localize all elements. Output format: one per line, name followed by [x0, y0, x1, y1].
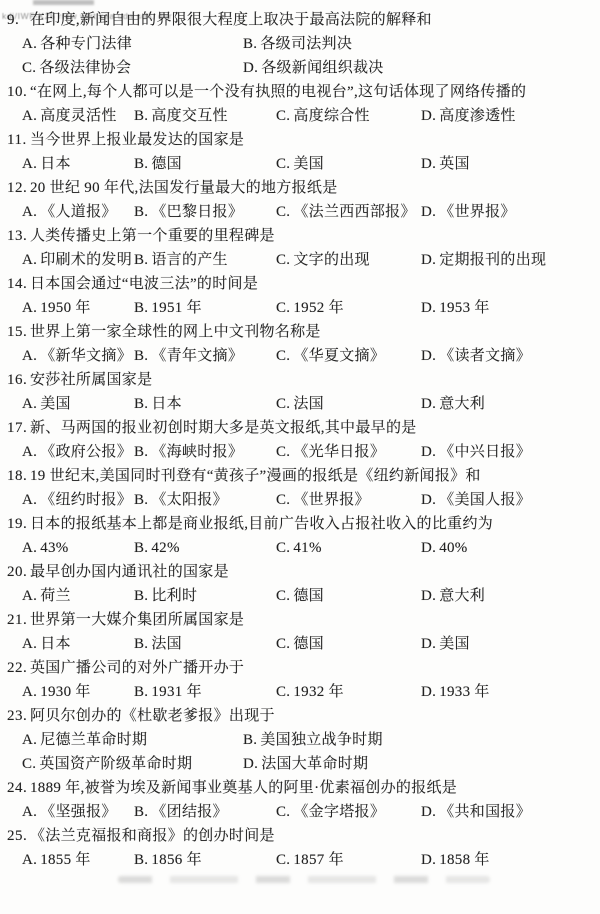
option-text: 《共和国报》 [439, 804, 531, 820]
question-text: 1889 年,被誉为埃及新闻事业奠基人的阿里·优素福创办的报纸是 [30, 780, 457, 796]
question-number: 18. [7, 464, 30, 488]
option-label: A. [22, 732, 37, 748]
answer-option: D.1953 年 [421, 296, 490, 320]
option-row: A.各种专门法律 B.各级司法判决 [0, 32, 600, 56]
option-label: A. [22, 396, 37, 412]
question-block: 10.“在网上,每个人都可以是一个没有执照的电视台”,这句话体现了网络传播的 A… [0, 80, 600, 128]
option-text: 各级新闻组织裁决 [261, 60, 383, 76]
option-text: 语言的产生 [151, 252, 228, 268]
option-label: B. [134, 684, 148, 700]
question-number: 12. [7, 176, 30, 200]
option-text: 《海峡时报》 [151, 444, 243, 460]
option-label: D. [421, 492, 436, 508]
exam-page-scan: kdj/IWF-K25 rrew wtrt.kea uda sd4. der 9… [0, 0, 600, 914]
option-text: 法国 [293, 396, 324, 412]
question-text: 日本国会通过“电波三法”的时间是 [30, 276, 258, 292]
option-row: A.《纽约时报》 B.《太阳报》 C.《世界报》 D.《美国人报》 [0, 488, 600, 512]
option-label: D. [243, 60, 258, 76]
question-number: 21. [7, 608, 30, 632]
question-text: 《法兰克福报和商报》的创办时间是 [30, 828, 275, 844]
question-number: 11. [7, 128, 30, 152]
question-block: 19.日本的报纸基本上都是商业报纸,目前广告收入占报社收入的比重约为 A.43%… [0, 512, 600, 560]
answer-option: A.1855 年 [22, 848, 91, 872]
option-label: A. [22, 36, 37, 52]
option-label: A. [22, 108, 37, 124]
question-line: 11.当今世界上报业最发达的国家是 [0, 128, 600, 152]
option-label: D. [421, 588, 436, 604]
answer-option: B.《巴黎日报》 [134, 200, 243, 224]
option-label: A. [22, 684, 37, 700]
answer-option: B.德国 [134, 152, 182, 176]
option-label: A. [22, 300, 37, 316]
answer-option: A.高度灵活性 [22, 104, 117, 128]
answer-option: A.尼德兰革命时期 [22, 728, 147, 752]
option-label: C. [276, 300, 290, 316]
answer-option: A.《坚强报》 [22, 800, 117, 824]
question-line: 24.1889 年,被誉为埃及新闻事业奠基人的阿里·优素福创办的报纸是 [0, 776, 600, 800]
question-text: 世界第一大媒介集团所属国家是 [30, 612, 244, 628]
answer-option: C.1857 年 [276, 848, 344, 872]
question-text: 世界上第一家全球性的网上中文刊物名称是 [30, 324, 321, 340]
answer-option: D.定期报刊的出现 [421, 248, 546, 272]
question-list: 9.在印度,新闻自由的界限很大程度上取决于最高法院的解释和 A.各种专门法律 B… [0, 8, 600, 872]
answer-option: C.《法兰西西部报》 [276, 200, 416, 224]
option-text: 《光华日报》 [293, 444, 385, 460]
answer-option: C.英国资产阶级革命时期 [22, 752, 192, 776]
option-text: 1856 年 [151, 852, 202, 868]
question-line: 16.安莎社所属国家是 [0, 368, 600, 392]
option-row: A.1950 年 B.1951 年 C.1952 年 D.1953 年 [0, 296, 600, 320]
question-text: 英国广播公司的对外广播开办于 [30, 660, 244, 676]
option-text: 《坚强报》 [40, 804, 117, 820]
question-line: 20.最早创办国内通讯社的国家是 [0, 560, 600, 584]
option-text: 《政府公报》 [40, 444, 132, 460]
option-text: 《太阳报》 [151, 492, 228, 508]
option-text: 43% [40, 540, 68, 556]
option-label: A. [22, 540, 37, 556]
option-label: C. [276, 636, 290, 652]
option-label: C. [22, 756, 36, 772]
option-row: A.印刷术的发明 B.语言的产生 C.文字的出现 D.定期报刊的出现 [0, 248, 600, 272]
option-text: 《新华文摘》 [40, 348, 132, 364]
option-text: 40% [439, 540, 467, 556]
answer-option: A.各种专门法律 [22, 32, 132, 56]
answer-option: C.1932 年 [276, 680, 344, 704]
option-text: 意大利 [439, 396, 485, 412]
option-text: 《美国人报》 [439, 492, 531, 508]
option-label: B. [243, 36, 257, 52]
option-text: 各级司法判决 [260, 36, 352, 52]
option-label: C. [276, 852, 290, 868]
answer-option: A.《纽约时报》 [22, 488, 132, 512]
question-number: 16. [7, 368, 30, 392]
question-block: 25.《法兰克福报和商报》的创办时间是 A.1855 年 B.1856 年 C.… [0, 824, 600, 872]
option-text: 日本 [40, 636, 71, 652]
option-label: B. [134, 636, 148, 652]
question-block: 12.20 世纪 90 年代,法国发行量最大的地方报纸是 A.《人道报》 B.《… [0, 176, 600, 224]
answer-option: D.英国 [421, 152, 470, 176]
option-label: D. [421, 108, 436, 124]
option-row: A.《坚强报》 B.《团结报》 C.《金字塔报》 D.《共和国报》 [0, 800, 600, 824]
option-row: A.1930 年 B.1931 年 C.1932 年 D.1933 年 [0, 680, 600, 704]
answer-option: A.印刷术的发明 [22, 248, 132, 272]
question-block: 15.世界上第一家全球性的网上中文刊物名称是 A.《新华文摘》 B.《青年文摘》… [0, 320, 600, 368]
option-label: A. [22, 636, 37, 652]
question-block: 20.最早创办国内通讯社的国家是 A.荷兰 B.比利时 C.德国 D.意大利 [0, 560, 600, 608]
option-text: 《法兰西西部报》 [293, 204, 415, 220]
question-text: 阿贝尔创办的《杜歇老爹报》出现于 [30, 708, 275, 724]
option-text: 比利时 [151, 588, 197, 604]
answer-option: C.《金字塔报》 [276, 800, 385, 824]
option-text: 法国 [151, 636, 182, 652]
question-number: 14. [7, 272, 30, 296]
option-text: 1953 年 [439, 300, 490, 316]
option-label: C. [276, 804, 290, 820]
question-number: 15. [7, 320, 30, 344]
option-label: D. [421, 396, 436, 412]
answer-option: A.日本 [22, 152, 71, 176]
question-block: 24.1889 年,被誉为埃及新闻事业奠基人的阿里·优素福创办的报纸是 A.《坚… [0, 776, 600, 824]
answer-option: C.《光华日报》 [276, 440, 385, 464]
question-text: 19 世纪末,美国同时刊登有“黄孩子”漫画的报纸是《纽约新闻报》和 [30, 468, 481, 484]
option-label: B. [134, 588, 148, 604]
option-label: A. [22, 804, 37, 820]
question-block: 9.在印度,新闻自由的界限很大程度上取决于最高法院的解释和 A.各种专门法律 B… [0, 8, 600, 80]
question-line: 10.“在网上,每个人都可以是一个没有执照的电视台”,这句话体现了网络传播的 [0, 80, 600, 104]
option-text: 美国 [439, 636, 470, 652]
option-label: C. [22, 60, 36, 76]
option-text: 42% [151, 540, 179, 556]
question-text: 安莎社所属国家是 [30, 372, 152, 388]
option-label: A. [22, 348, 37, 364]
question-number: 17. [7, 416, 30, 440]
option-text: 1952 年 [293, 300, 344, 316]
answer-option: C.1952 年 [276, 296, 344, 320]
question-number: 22. [7, 656, 30, 680]
answer-option: D.高度渗透性 [421, 104, 516, 128]
answer-option: D.《中兴日报》 [421, 440, 531, 464]
option-text: 文字的出现 [293, 252, 370, 268]
option-label: B. [134, 492, 148, 508]
question-line: 13.人类传播史上第一个重要的里程碑是 [0, 224, 600, 248]
option-label: B. [134, 300, 148, 316]
option-text: 《青年文摘》 [151, 348, 243, 364]
option-label: D. [421, 852, 436, 868]
option-text: 《人道报》 [40, 204, 117, 220]
question-text: 人类传播史上第一个重要的里程碑是 [30, 228, 275, 244]
answer-option: D.《世界报》 [421, 200, 516, 224]
option-label: C. [276, 396, 290, 412]
answer-option: C.德国 [276, 584, 324, 608]
answer-option: D.各级新闻组织裁决 [243, 56, 384, 80]
answer-option: B.日本 [134, 392, 182, 416]
question-block: 14.日本国会通过“电波三法”的时间是 A.1950 年 B.1951 年 C.… [0, 272, 600, 320]
option-text: 定期报刊的出现 [439, 252, 546, 268]
question-number: 19. [7, 512, 30, 536]
answer-option: A.《政府公报》 [22, 440, 132, 464]
question-number: 24. [7, 776, 30, 800]
option-text: 1930 年 [40, 684, 91, 700]
question-block: 11.当今世界上报业最发达的国家是 A.日本 B.德国 C.美国 D.英国 [0, 128, 600, 176]
option-text: 日本 [151, 396, 182, 412]
option-label: C. [276, 684, 290, 700]
option-row: C.各级法律协会 D.各级新闻组织裁决 [0, 56, 600, 80]
option-label: D. [421, 804, 436, 820]
option-label: B. [134, 396, 148, 412]
option-text: 高度渗透性 [439, 108, 516, 124]
option-label: B. [243, 732, 257, 748]
option-label: A. [22, 444, 37, 460]
answer-option: D.《共和国报》 [421, 800, 531, 824]
answer-option: C.《华夏文摘》 [276, 344, 385, 368]
option-row: A.尼德兰革命时期 B.美国独立战争时期 [0, 728, 600, 752]
option-text: 荷兰 [40, 588, 71, 604]
option-text: 1858 年 [439, 852, 490, 868]
answer-option: D.《读者文摘》 [421, 344, 531, 368]
option-label: C. [276, 540, 290, 556]
option-text: 1951 年 [151, 300, 202, 316]
option-text: 各种专门法律 [40, 36, 132, 52]
question-block: 21.世界第一大媒介集团所属国家是 A.日本 B.法国 C.德国 D.美国 [0, 608, 600, 656]
question-text: 最早创办国内通讯社的国家是 [30, 564, 229, 580]
answer-option: B.1856 年 [134, 848, 202, 872]
answer-option: A.1930 年 [22, 680, 91, 704]
answer-option: A.荷兰 [22, 584, 71, 608]
option-text: 法国大革命时期 [261, 756, 368, 772]
question-block: 13.人类传播史上第一个重要的里程碑是 A.印刷术的发明 B.语言的产生 C.文… [0, 224, 600, 272]
answer-option: B.比利时 [134, 584, 197, 608]
option-label: B. [134, 444, 148, 460]
answer-option: B.语言的产生 [134, 248, 228, 272]
option-text: 1950 年 [40, 300, 91, 316]
question-line: 23.阿贝尔创办的《杜歇老爹报》出现于 [0, 704, 600, 728]
option-text: 高度交互性 [151, 108, 228, 124]
question-line: 15.世界上第一家全球性的网上中文刊物名称是 [0, 320, 600, 344]
answer-option: B.《团结报》 [134, 800, 228, 824]
answer-option: C.高度综合性 [276, 104, 370, 128]
option-text: 1933 年 [439, 684, 490, 700]
option-text: 41% [293, 540, 321, 556]
option-row: C.英国资产阶级革命时期 D.法国大革命时期 [0, 752, 600, 776]
question-block: 18.19 世纪末,美国同时刊登有“黄孩子”漫画的报纸是《纽约新闻报》和 A.《… [0, 464, 600, 512]
answer-option: C.41% [276, 536, 322, 560]
option-label: D. [421, 156, 436, 172]
answer-option: B.1951 年 [134, 296, 202, 320]
option-label: B. [134, 108, 148, 124]
answer-option: A.美国 [22, 392, 71, 416]
option-label: A. [22, 852, 37, 868]
question-block: 17.新、马两国的报业初创时期大多是英文报纸,其中最早的是 A.《政府公报》 B… [0, 416, 600, 464]
answer-option: B.1931 年 [134, 680, 202, 704]
question-number: 13. [7, 224, 30, 248]
option-label: B. [134, 804, 148, 820]
option-label: C. [276, 156, 290, 172]
answer-option: C.法国 [276, 392, 324, 416]
option-row: A.《政府公报》 B.《海峡时报》 C.《光华日报》 D.《中兴日报》 [0, 440, 600, 464]
question-line: 17.新、马两国的报业初创时期大多是英文报纸,其中最早的是 [0, 416, 600, 440]
question-text: 当今世界上报业最发达的国家是 [30, 132, 244, 148]
option-text: 美国独立战争时期 [260, 732, 382, 748]
option-text: 1932 年 [293, 684, 344, 700]
answer-option: A.《新华文摘》 [22, 344, 132, 368]
answer-option: B.高度交互性 [134, 104, 228, 128]
answer-option: B.《海峡时报》 [134, 440, 243, 464]
option-text: 《华夏文摘》 [293, 348, 385, 364]
option-label: D. [421, 300, 436, 316]
option-text: 1931 年 [151, 684, 202, 700]
question-line: 9.在印度,新闻自由的界限很大程度上取决于最高法院的解释和 [0, 8, 600, 32]
option-label: A. [22, 252, 37, 268]
question-text: 新、马两国的报业初创时期大多是英文报纸,其中最早的是 [30, 420, 417, 436]
question-line: 12.20 世纪 90 年代,法国发行量最大的地方报纸是 [0, 176, 600, 200]
option-label: C. [276, 492, 290, 508]
answer-option: D.意大利 [421, 392, 485, 416]
option-row: A.日本 B.法国 C.德国 D.美国 [0, 632, 600, 656]
option-label: A. [22, 588, 37, 604]
question-text: 在印度,新闻自由的界限很大程度上取决于最高法院的解释和 [30, 12, 432, 28]
option-row: A.美国 B.日本 C.法国 D.意大利 [0, 392, 600, 416]
option-text: 美国 [293, 156, 324, 172]
scan-artifact-bottom-smudge [118, 876, 490, 883]
option-label: D. [421, 348, 436, 364]
option-label: D. [421, 540, 436, 556]
answer-option: B.《青年文摘》 [134, 344, 243, 368]
question-line: 14.日本国会通过“电波三法”的时间是 [0, 272, 600, 296]
option-text: 尼德兰革命时期 [40, 732, 147, 748]
option-row: A.1855 年 B.1856 年 C.1857 年 D.1858 年 [0, 848, 600, 872]
option-text: 德国 [293, 636, 324, 652]
question-text: “在网上,每个人都可以是一个没有执照的电视台”,这句话体现了网络传播的 [30, 84, 526, 100]
answer-option: B.《太阳报》 [134, 488, 228, 512]
option-label: D. [421, 204, 436, 220]
question-block: 16.安莎社所属国家是 A.美国 B.日本 C.法国 D.意大利 [0, 368, 600, 416]
answer-option: A.1950 年 [22, 296, 91, 320]
question-line: 21.世界第一大媒介集团所属国家是 [0, 608, 600, 632]
option-text: 英国 [439, 156, 470, 172]
answer-option: B.美国独立战争时期 [243, 728, 383, 752]
answer-option: D.美国 [421, 632, 470, 656]
option-text: 1857 年 [293, 852, 344, 868]
option-text: 德国 [293, 588, 324, 604]
question-number: 23. [7, 704, 30, 728]
question-number: 20. [7, 560, 30, 584]
option-row: A.《新华文摘》 B.《青年文摘》 C.《华夏文摘》 D.《读者文摘》 [0, 344, 600, 368]
answer-option: A.43% [22, 536, 69, 560]
option-row: A.43% B.42% C.41% D.40% [0, 536, 600, 560]
option-label: B. [134, 852, 148, 868]
option-label: D. [421, 636, 436, 652]
option-text: 印刷术的发明 [40, 252, 132, 268]
option-text: 德国 [151, 156, 182, 172]
option-label: D. [421, 252, 436, 268]
option-label: C. [276, 588, 290, 604]
option-row: A.荷兰 B.比利时 C.德国 D.意大利 [0, 584, 600, 608]
answer-option: C.德国 [276, 632, 324, 656]
answer-option: B.法国 [134, 632, 182, 656]
question-line: 22.英国广播公司的对外广播开办于 [0, 656, 600, 680]
option-text: 《团结报》 [151, 804, 228, 820]
option-text: 《读者文摘》 [439, 348, 531, 364]
option-text: 意大利 [439, 588, 485, 604]
option-text: 1855 年 [40, 852, 91, 868]
option-label: A. [22, 156, 37, 172]
option-label: B. [134, 540, 148, 556]
option-text: 日本 [40, 156, 71, 172]
question-text: 日本的报纸基本上都是商业报纸,目前广告收入占报社收入的比重约为 [30, 516, 493, 532]
answer-option: B.各级司法判决 [243, 32, 352, 56]
answer-option: A.《人道报》 [22, 200, 117, 224]
option-text: 高度综合性 [293, 108, 370, 124]
option-label: B. [134, 204, 148, 220]
option-text: 高度灵活性 [40, 108, 117, 124]
question-number: 10. [7, 80, 30, 104]
option-label: C. [276, 348, 290, 364]
question-text: 20 世纪 90 年代,法国发行量最大的地方报纸是 [30, 180, 338, 196]
option-text: 《金字塔报》 [293, 804, 385, 820]
scan-artifact-top-bar [33, 0, 94, 5]
answer-option: D.意大利 [421, 584, 485, 608]
answer-option: D.《美国人报》 [421, 488, 531, 512]
option-label: C. [276, 108, 290, 124]
answer-option: D.40% [421, 536, 468, 560]
option-label: D. [421, 444, 436, 460]
answer-option: D.1858 年 [421, 848, 490, 872]
option-text: 《巴黎日报》 [151, 204, 243, 220]
question-line: 19.日本的报纸基本上都是商业报纸,目前广告收入占报社收入的比重约为 [0, 512, 600, 536]
option-text: 《中兴日报》 [439, 444, 531, 460]
option-label: C. [276, 252, 290, 268]
question-line: 25.《法兰克福报和商报》的创办时间是 [0, 824, 600, 848]
option-label: D. [243, 756, 258, 772]
answer-option: C.《世界报》 [276, 488, 370, 512]
option-text: 《世界报》 [293, 492, 370, 508]
option-text: 《纽约时报》 [40, 492, 132, 508]
option-label: D. [421, 684, 436, 700]
option-label: C. [276, 444, 290, 460]
answer-option: D.1933 年 [421, 680, 490, 704]
option-label: B. [134, 156, 148, 172]
option-label: B. [134, 348, 148, 364]
answer-option: A.日本 [22, 632, 71, 656]
option-text: 《世界报》 [439, 204, 516, 220]
answer-option: C.美国 [276, 152, 324, 176]
option-label: A. [22, 492, 37, 508]
option-row: A.《人道报》 B.《巴黎日报》 C.《法兰西西部报》 D.《世界报》 [0, 200, 600, 224]
option-label: B. [134, 252, 148, 268]
option-text: 美国 [40, 396, 71, 412]
question-line: 18.19 世纪末,美国同时刊登有“黄孩子”漫画的报纸是《纽约新闻报》和 [0, 464, 600, 488]
answer-option: D.法国大革命时期 [243, 752, 368, 776]
question-block: 23.阿贝尔创办的《杜歇老爹报》出现于 A.尼德兰革命时期 B.美国独立战争时期… [0, 704, 600, 776]
question-number: 25. [7, 824, 30, 848]
answer-option: C.文字的出现 [276, 248, 370, 272]
option-label: C. [276, 204, 290, 220]
answer-option: B.42% [134, 536, 180, 560]
question-number: 9. [7, 8, 30, 32]
option-text: 各级法律协会 [39, 60, 131, 76]
question-block: 22.英国广播公司的对外广播开办于 A.1930 年 B.1931 年 C.19… [0, 656, 600, 704]
option-text: 英国资产阶级革命时期 [39, 756, 192, 772]
option-row: A.高度灵活性 B.高度交互性 C.高度综合性 D.高度渗透性 [0, 104, 600, 128]
option-row: A.日本 B.德国 C.美国 D.英国 [0, 152, 600, 176]
option-label: A. [22, 204, 37, 220]
answer-option: C.各级法律协会 [22, 56, 131, 80]
